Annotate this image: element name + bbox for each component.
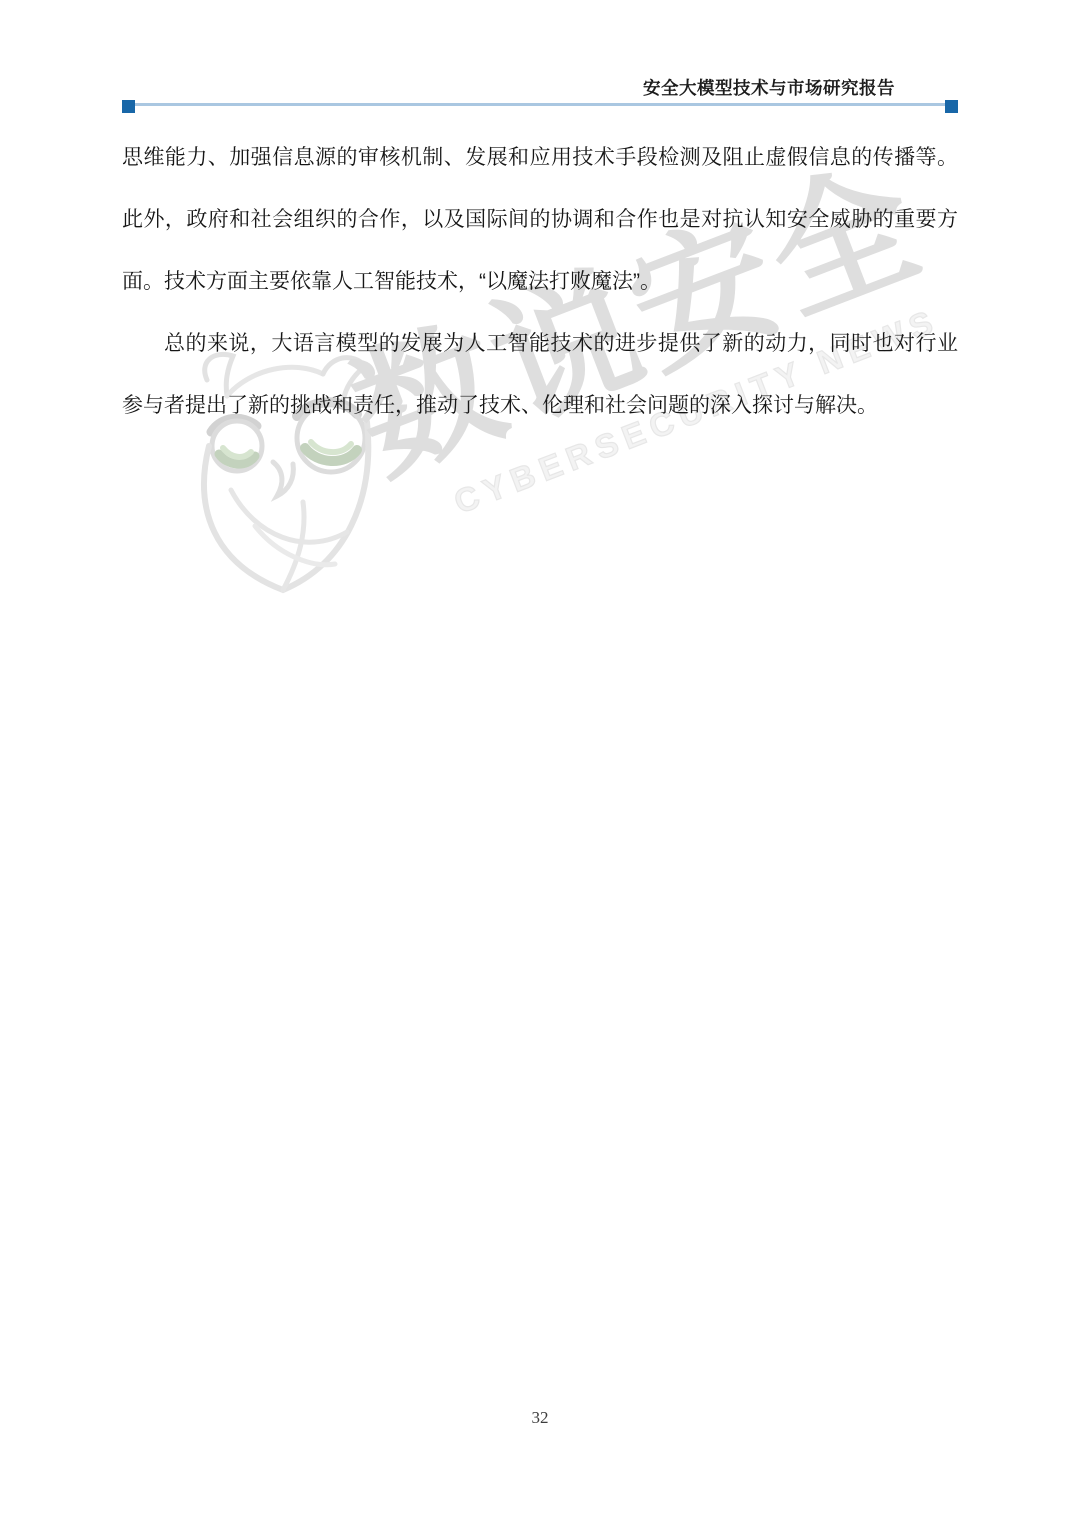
body-paragraph: 思维能力、加强信息源的审核机制、发展和应用技术手段检测及阻止虚假信息的传播等。此… bbox=[122, 127, 958, 313]
body-paragraph: 总的来说，大语言模型的发展为人工智能技术的进步提供了新的动力，同时也对行业参与者… bbox=[122, 313, 958, 437]
header-rule-endpoint-right bbox=[945, 100, 958, 113]
header-title: 安全大模型技术与市场研究报告 bbox=[643, 76, 895, 100]
body-text: 思维能力、加强信息源的审核机制、发展和应用技术手段检测及阻止虚假信息的传播等。此… bbox=[122, 127, 958, 437]
document-page: 数说安全 CYBERSECURITY NEWS 安全大模型技术与市场研究报告 思… bbox=[0, 0, 1080, 1527]
header-rule-endpoint-left bbox=[122, 100, 135, 113]
header-rule bbox=[122, 103, 958, 106]
page-number: 32 bbox=[0, 1408, 1080, 1428]
